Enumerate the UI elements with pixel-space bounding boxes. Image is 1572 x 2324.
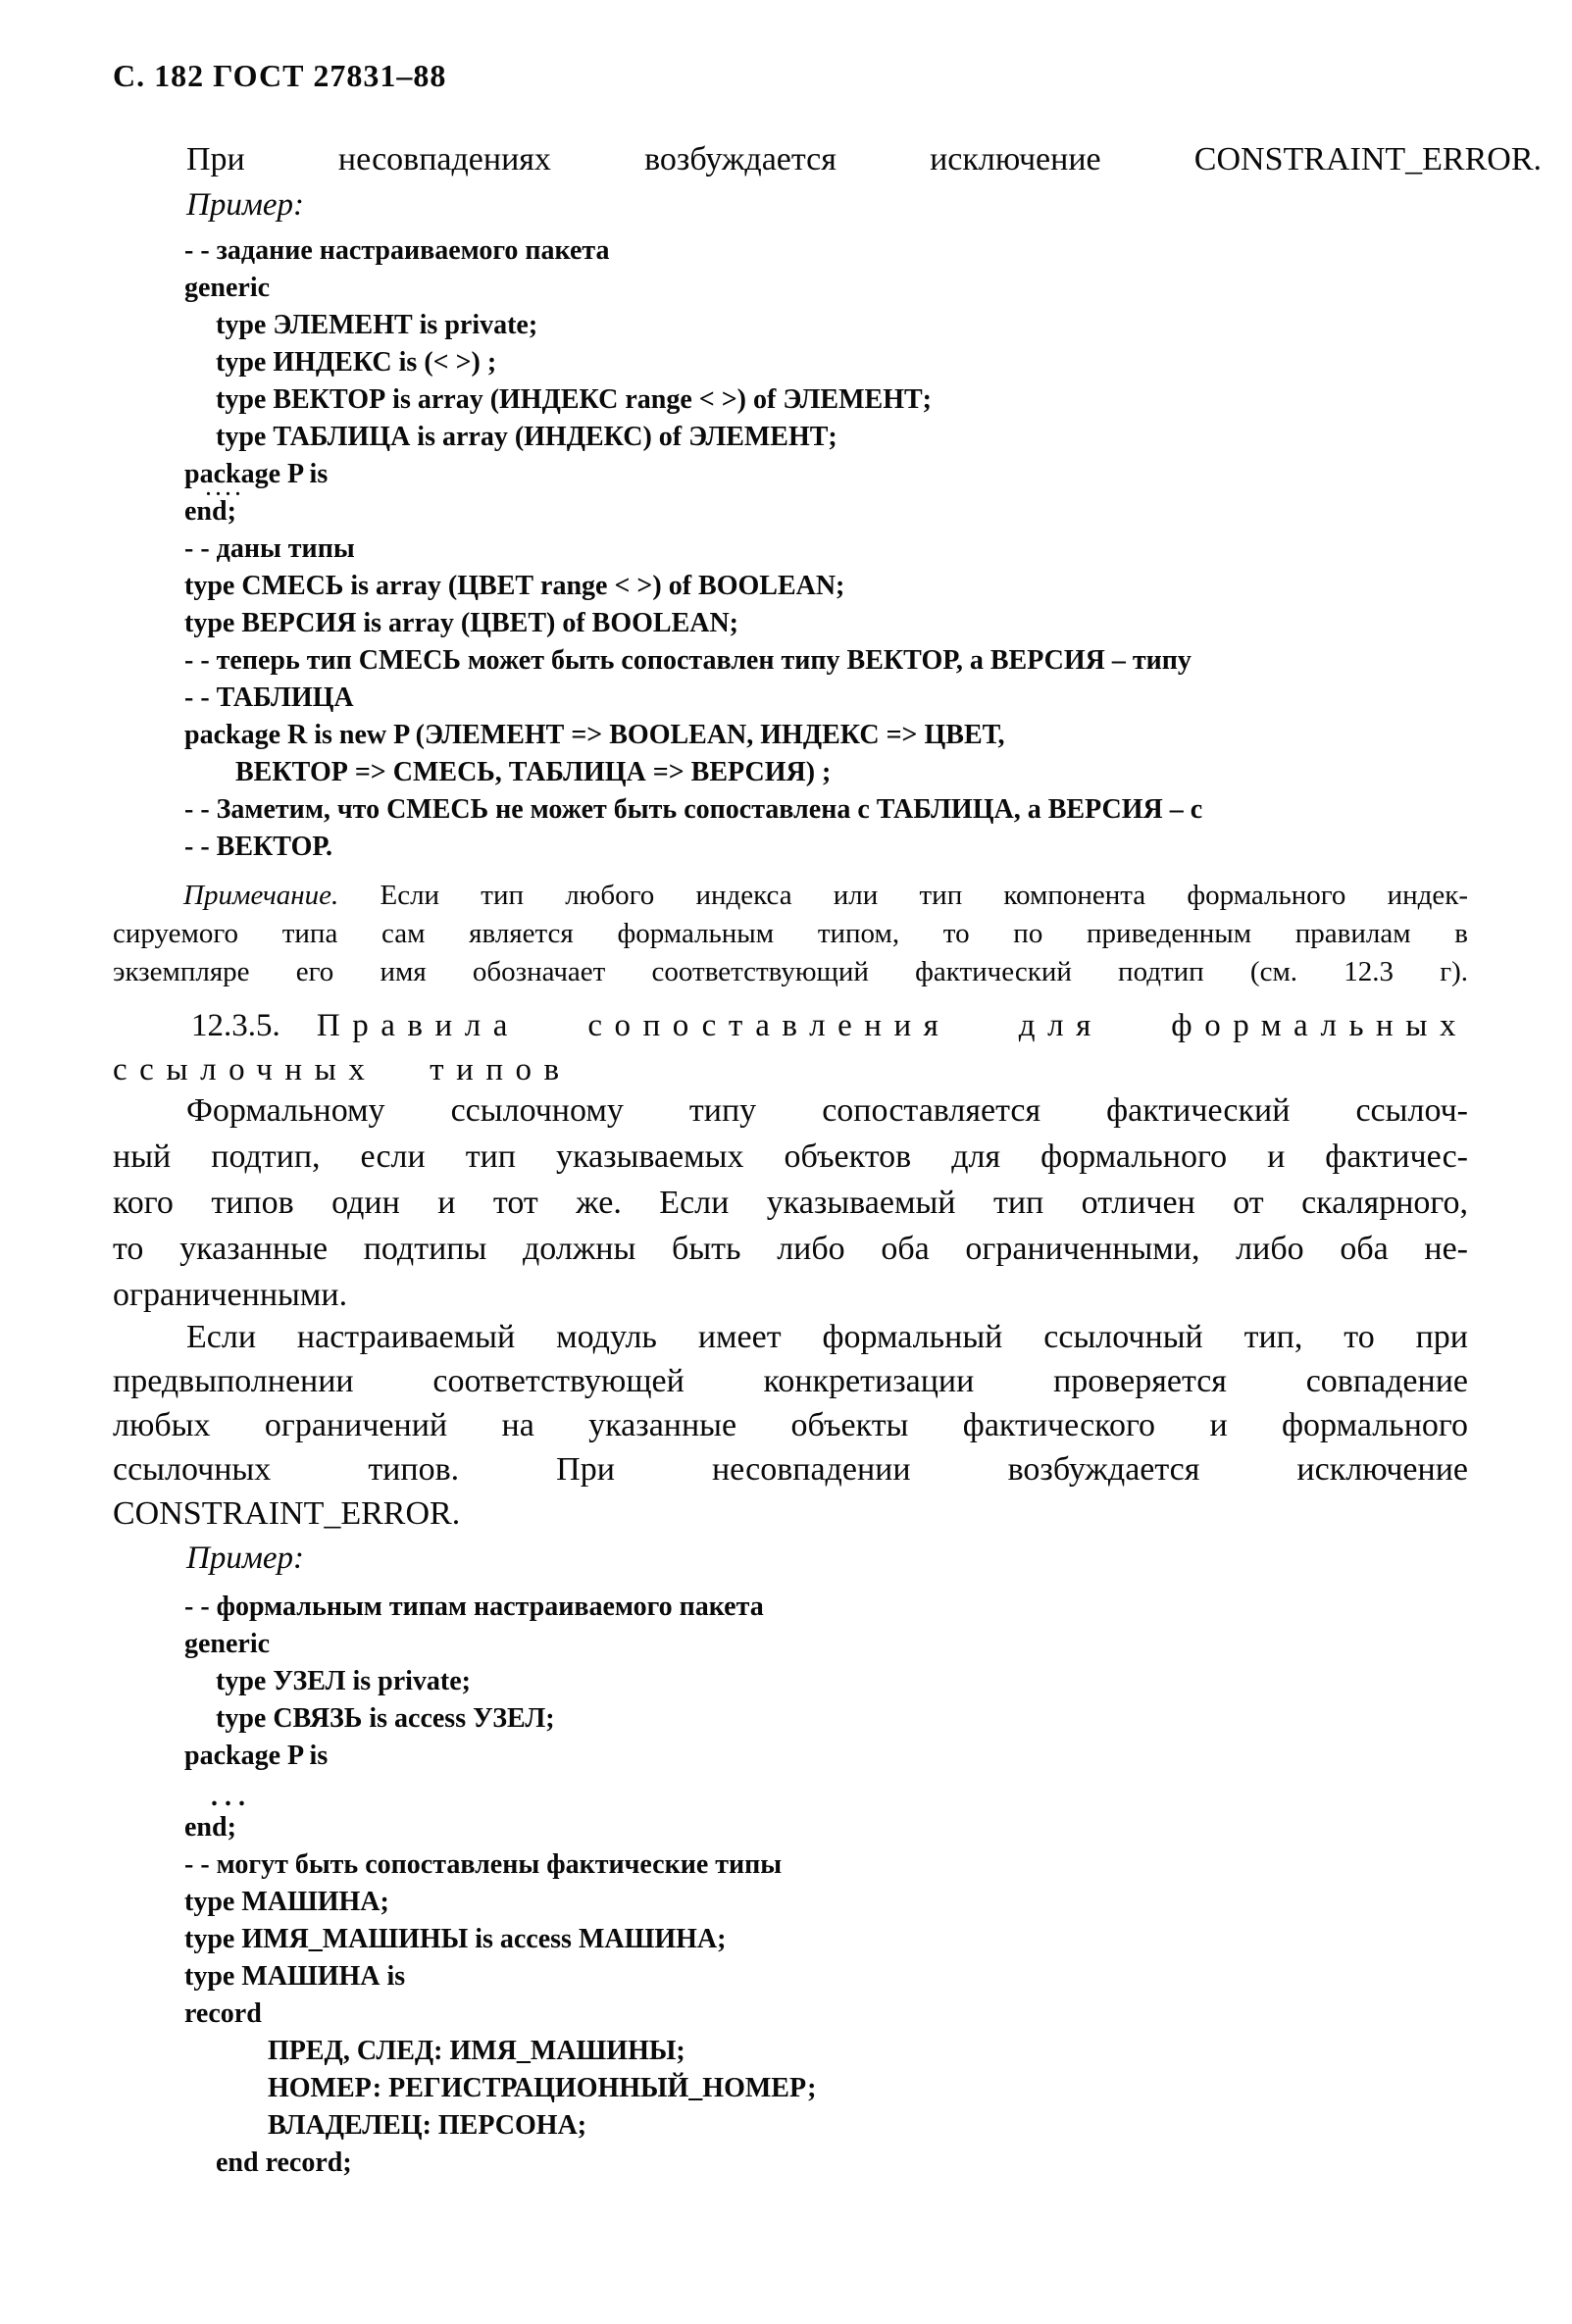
intro-paragraph: При несовпадениях возбуждается исключени… [113, 136, 1542, 182]
scanned-document-page: С. 182 ГОСТ 27831–88 При несовпадениях в… [0, 0, 1572, 2324]
code-line: end record; [113, 2145, 1468, 2182]
code-line: type МАШИНА is [113, 1958, 1468, 1996]
code-line: - - ТАБЛИЦА [113, 680, 1468, 717]
example-label: Пример: [113, 182, 1542, 227]
paragraph-line: то указанные подтипы должны быть либо об… [113, 1226, 1468, 1272]
paragraph-line: CONSTRAINT_ERROR. [113, 1491, 1468, 1536]
paragraph-b: Если настраиваемый модуль имеет формальн… [113, 1315, 1468, 1536]
note-line: Примечание. Если тип любого индекса или … [113, 877, 1468, 915]
code-line: generic [113, 270, 1468, 307]
note-label: Примечание. [183, 880, 338, 911]
paragraph-line: ограниченными. [113, 1272, 1468, 1318]
code-line: type ВЕКТОР is array (ИНДЕКС range < >) … [113, 381, 1468, 419]
section-title: Правила сопоставления для формальных [317, 1008, 1468, 1043]
code-line: - - даны типы [113, 530, 1468, 568]
code-line: ПРЕД, СЛЕД: ИМЯ_МАШИНЫ; [113, 2033, 1468, 2070]
code-line: type СМЕСЬ is array (ЦВЕТ range < >) of … [113, 568, 1468, 605]
code-line: ВЕКТОР => СМЕСЬ, ТАБЛИЦА => ВЕРСИЯ) ; [113, 754, 1468, 791]
code-line: type МАШИНА; [113, 1884, 1468, 1921]
code-line: package P is [113, 456, 1468, 493]
code-line: end; [113, 493, 1468, 530]
section-number: 12.3.5. [191, 1008, 280, 1043]
code-line: end; [113, 1809, 1468, 1846]
paragraph-line: Если настраиваемый модуль имеет формальн… [113, 1315, 1468, 1359]
paragraph-line: кого типов один и тот же. Если указываем… [113, 1180, 1468, 1226]
note-text: Если тип любого индекса или тип компонен… [380, 880, 1469, 911]
code-block-1: - - задание настраиваемого пакета generi… [113, 232, 1468, 866]
paragraph-line: любых ограничений на указанные объекты ф… [113, 1403, 1468, 1447]
example-label: Пример: [113, 1536, 1542, 1581]
section-heading: 12.3.5. Правила сопоставления для формал… [113, 1004, 1468, 1092]
note-line: сируемого типа сам является формальным т… [113, 915, 1468, 953]
code-line: generic [113, 1626, 1468, 1663]
note-line: экземпляре его имя обозначает соответств… [113, 953, 1468, 991]
code-line: - - могут быть сопоставлены фактические … [113, 1846, 1468, 1884]
code-line: - - Заметим, что СМЕСЬ не может быть соп… [113, 791, 1468, 829]
code-line: type ИНДЕКС is (< >) ; [113, 344, 1468, 381]
code-line: ВЛАДЕЛЕЦ: ПЕРСОНА; [113, 2107, 1468, 2145]
section-heading-line1: 12.3.5. Правила сопоставления для формал… [113, 1004, 1468, 1048]
code-line: record [113, 1996, 1468, 2033]
code-line: type УЗЕЛ is private; [113, 1663, 1468, 1700]
ellipsis-line: .... [206, 480, 245, 499]
paragraph-a: Формальному ссылочному типу сопоставляет… [113, 1087, 1468, 1318]
code-line: - - задание настраиваемого пакета [113, 232, 1468, 270]
code-line: type ВЕРСИЯ is array (ЦВЕТ) of BOOLEAN; [113, 605, 1468, 642]
code-line: - - теперь тип СМЕСЬ может быть сопостав… [113, 642, 1468, 680]
code-line: package P is [113, 1738, 1468, 1775]
note-paragraph: Примечание. Если тип любого индекса или … [113, 877, 1468, 991]
page-header: С. 182 ГОСТ 27831–88 [113, 56, 1468, 95]
code-line: - - формальным типам настраиваемого паке… [113, 1589, 1468, 1626]
paragraph-line: ный подтип, если тип указываемых объекто… [113, 1134, 1468, 1180]
code-line: type ТАБЛИЦА is array (ИНДЕКС) of ЭЛЕМЕН… [113, 419, 1468, 456]
page-content: С. 182 ГОСТ 27831–88 При несовпадениях в… [113, 0, 1468, 2324]
code-block-2: - - формальным типам настраиваемого паке… [113, 1589, 1468, 2182]
paragraph-line: ссылочных типов. При несовпадении возбуж… [113, 1447, 1468, 1491]
paragraph-line: предвыполнении соответствующей конкретиз… [113, 1359, 1468, 1403]
paragraph-line: Формальному ссылочному типу сопоставляет… [113, 1087, 1468, 1134]
section-heading-line2: ссылочных типов [113, 1048, 1468, 1092]
ellipsis-line: . . . [113, 1785, 1468, 1809]
code-line: НОМЕР: РЕГИСТРАЦИОННЫЙ_НОМЕР; [113, 2070, 1468, 2107]
code-line: type СВЯЗЬ is access УЗЕЛ; [113, 1700, 1468, 1738]
code-line: type ЭЛЕМЕНТ is private; [113, 307, 1468, 344]
code-line: type ИМЯ_МАШИНЫ is access МАШИНА; [113, 1921, 1468, 1958]
code-line: package R is new P (ЭЛЕМЕНТ => BOOLEAN, … [113, 717, 1468, 754]
code-line: - - ВЕКТОР. [113, 829, 1468, 866]
